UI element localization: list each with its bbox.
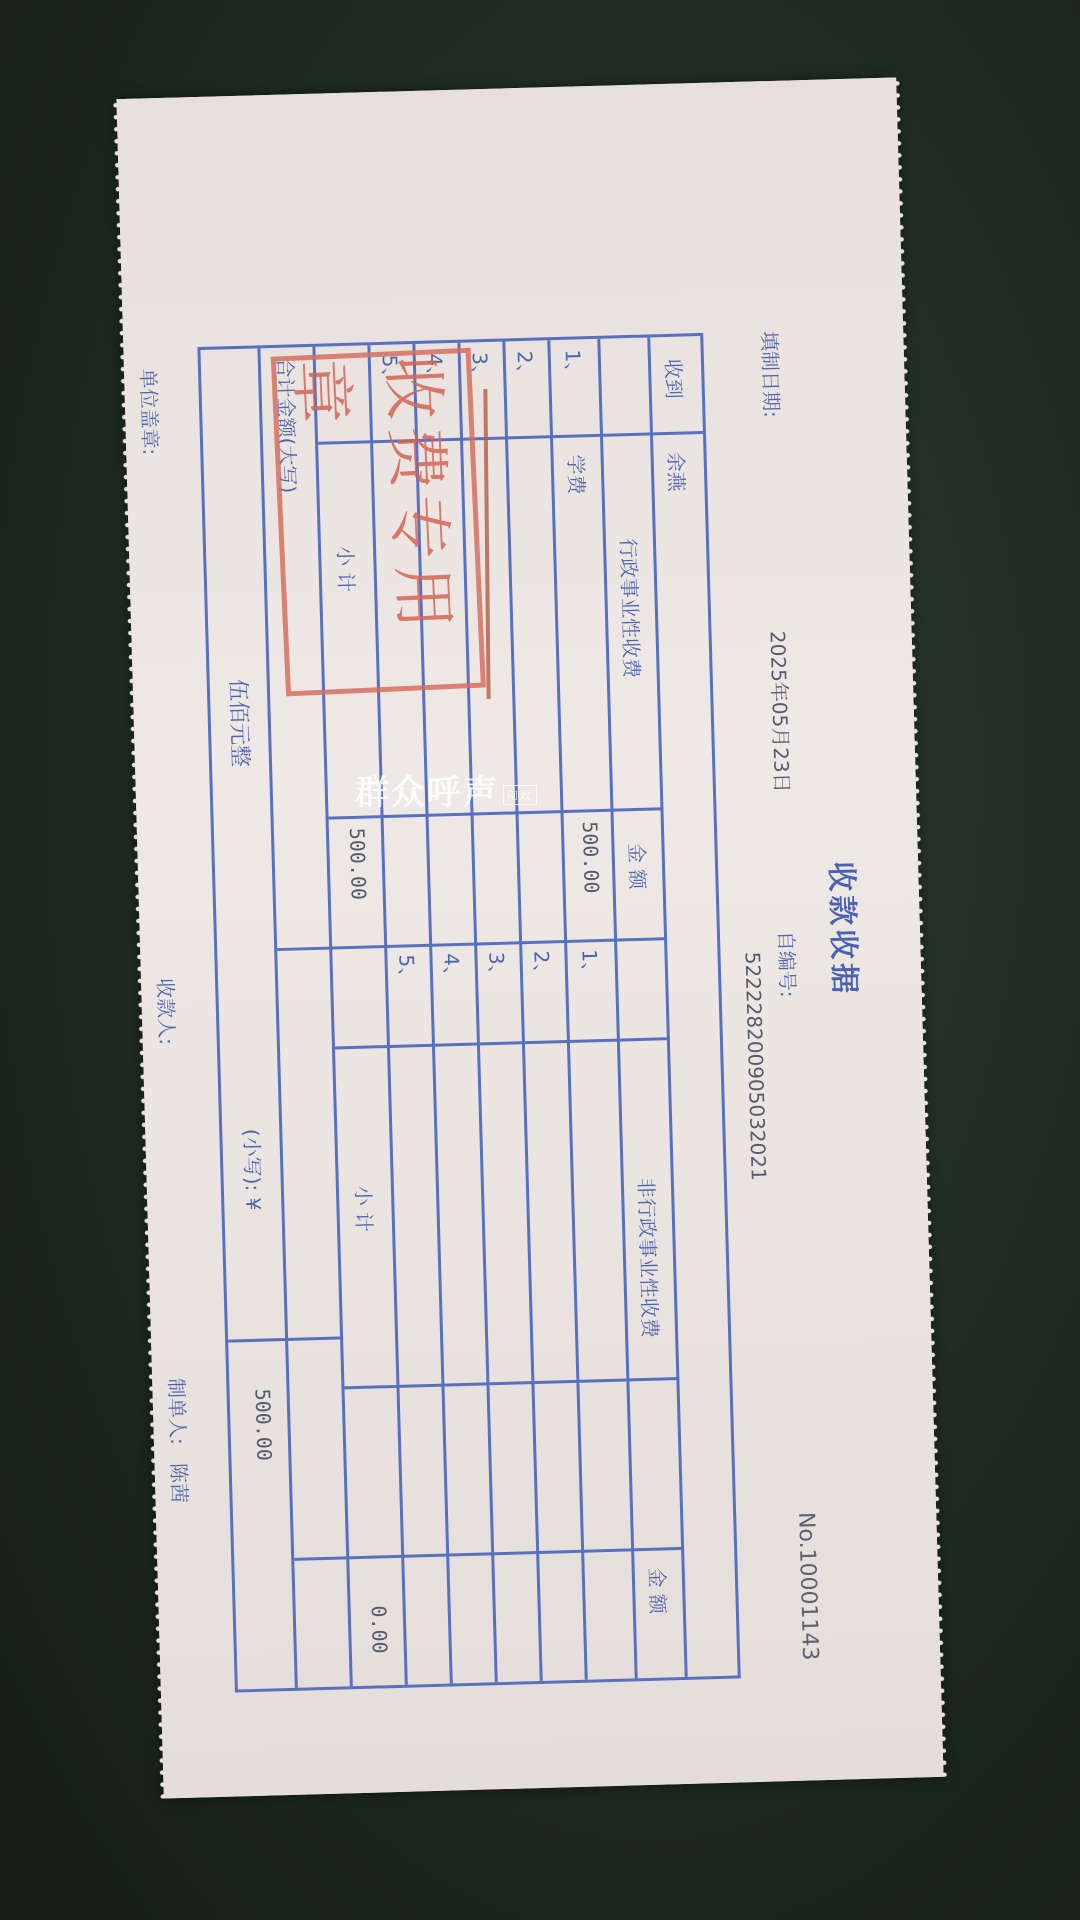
code-value: 522228200905032021: [740, 951, 770, 1181]
receipt-number: No.10001143: [793, 1512, 822, 1661]
non-admin-row-index: 1、: [576, 949, 606, 983]
date-label: 填制日期:: [756, 331, 787, 419]
non-admin-amount-header: 金 额: [644, 1567, 674, 1614]
receipt-photo: 收款收据 填制日期: 2025年05月23日 自编号: 522228200905…: [116, 77, 943, 1798]
seal-label: 单位盖章:: [135, 368, 166, 456]
received-from-label: 收到: [660, 358, 690, 399]
total-lower-value: 500.00: [250, 1388, 276, 1461]
payee-label: 收款人:: [152, 978, 183, 1046]
official-seal-stamp: 收费专用章: [271, 348, 486, 697]
admin-row-index: 2、: [512, 350, 542, 384]
maker-value: 陈茜: [166, 1463, 196, 1504]
receipt-paper: 收款收据 填制日期: 2025年05月23日 自编号: 522228200905…: [116, 77, 943, 1798]
watermark-text: 群众呼声: [355, 773, 499, 813]
admin-row-index: 1、: [560, 349, 590, 383]
watermark: 群众呼声问政: [355, 765, 537, 814]
admin-subtotal-value: 500.00: [345, 827, 371, 900]
code-label: 自编号:: [773, 930, 804, 998]
non-admin-row-index: 4、: [438, 953, 468, 987]
admin-fee-header: 行政事业性收费: [615, 538, 648, 679]
watermark-badge: 问政: [503, 785, 537, 805]
non-admin-row-index: 2、: [528, 950, 558, 984]
admin-amount-header: 金 额: [623, 843, 653, 890]
admin-row-item: 学费: [563, 454, 593, 495]
non-admin-row-index: 3、: [483, 951, 513, 985]
received-from-value: 余燕: [662, 451, 692, 492]
total-lower-label: (小写): ¥: [238, 1128, 269, 1210]
maker-label: 制单人:: [163, 1378, 194, 1446]
admin-row-amount: 500.00: [578, 821, 604, 894]
non-admin-row-index: 5、: [393, 954, 423, 988]
non-admin-subtotal-value: 0.00: [367, 1605, 392, 1654]
non-admin-subtotal-label: 小 计: [350, 1185, 380, 1232]
date-value: 2025年05月23日: [765, 631, 799, 794]
non-admin-fee-header: 非行政事业性收费: [633, 1177, 666, 1338]
total-upper-value: 伍佰元整: [224, 679, 257, 768]
